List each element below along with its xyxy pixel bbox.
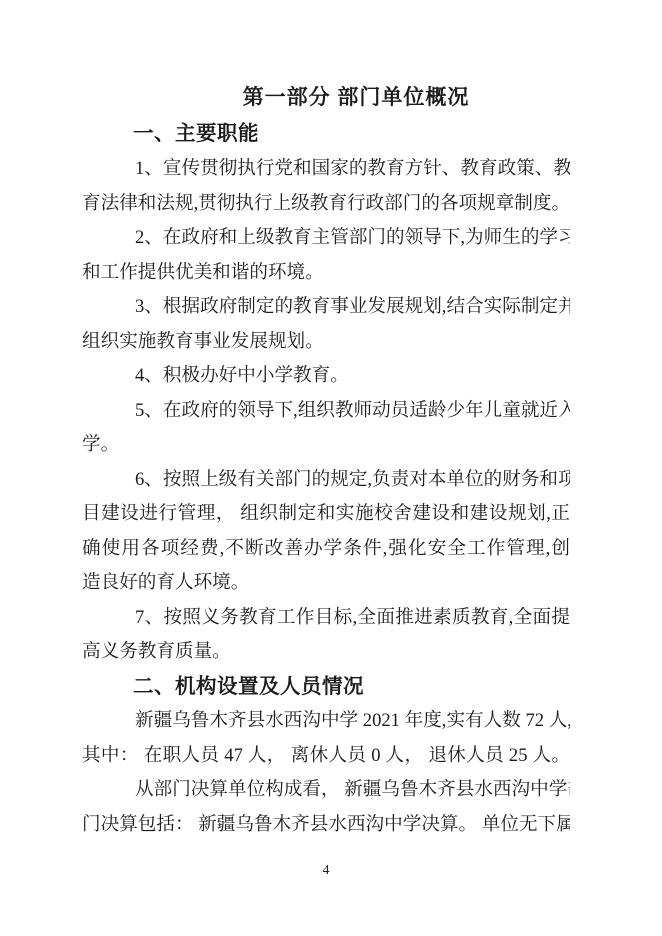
paragraph-line: 1、宣传贯彻执行党和国家的教育方针、教育政策、教: [82, 152, 570, 187]
paragraph-line: 确使用各项经费,不断改善办学条件,强化安全工作管理,创: [82, 532, 570, 567]
paragraph-line: 5、在政府的领导下,组织教师动员适龄少年儿童就近入: [82, 394, 570, 429]
document-page: 第一部分 部门单位概况 一、主要职能 1、宣传贯彻执行党和国家的教育方针、教育政…: [0, 0, 662, 936]
paragraph-line: 门决算包括： 新疆乌鲁木齐县水西沟中学决算。 单位无下属: [82, 808, 570, 843]
paragraph-line: 学。: [82, 428, 570, 463]
section-organization-staff: 二、机构设置及人员情况 新疆乌鲁木齐县水西沟中学 2021 年度,实有人数 72…: [82, 670, 570, 843]
section-main-functions: 一、主要职能 1、宣传贯彻执行党和国家的教育方针、教育政策、教 育法律和法规,贯…: [82, 116, 570, 670]
paragraph: 6、按照上级有关部门的规定,负责对本单位的财务和项 目建设进行管理， 组织制定和…: [82, 463, 570, 601]
paragraph-line: 4、积极办好中小学教育。: [82, 359, 570, 394]
paragraph-line: 3、根据政府制定的教育事业发展规划,结合实际制定并: [82, 290, 570, 325]
paragraph: 3、根据政府制定的教育事业发展规划,结合实际制定并 组织实施教育事业发展规划。: [82, 290, 570, 359]
paragraph-line: 其中： 在职人员 47 人， 离休人员 0 人， 退休人员 25 人。: [82, 739, 570, 774]
paragraph: 7、按照义务教育工作目标,全面推进素质教育,全面提 高义务教育质量。: [82, 601, 570, 670]
paragraph-line: 和工作提供优美和谐的环境。: [82, 256, 570, 291]
paragraph: 2、在政府和上级教育主管部门的领导下,为师生的学习 和工作提供优美和谐的环境。: [82, 221, 570, 290]
paragraph-line: 育法律和法规,贯彻执行上级教育行政部门的各项规章制度。: [82, 187, 570, 222]
section-heading: 二、机构设置及人员情况: [82, 670, 570, 705]
page-title: 第一部分 部门单位概况: [82, 80, 570, 116]
paragraph-line: 高义务教育质量。: [82, 635, 570, 670]
paragraph-line: 新疆乌鲁木齐县水西沟中学 2021 年度,实有人数 72 人,: [82, 704, 570, 739]
paragraph-line: 从部门决算单位构成看， 新疆乌鲁木齐县水西沟中学部: [82, 773, 570, 808]
document-content: 第一部分 部门单位概况 一、主要职能 1、宣传贯彻执行党和国家的教育方针、教育政…: [82, 80, 570, 842]
paragraph-line: 6、按照上级有关部门的规定,负责对本单位的财务和项: [82, 463, 570, 498]
paragraph: 1、宣传贯彻执行党和国家的教育方针、教育政策、教 育法律和法规,贯彻执行上级教育…: [82, 152, 570, 221]
section-heading: 一、主要职能: [82, 116, 570, 152]
paragraph-line: 造良好的育人环境。: [82, 566, 570, 601]
paragraph: 新疆乌鲁木齐县水西沟中学 2021 年度,实有人数 72 人, 其中： 在职人员…: [82, 704, 570, 773]
paragraph: 从部门决算单位构成看， 新疆乌鲁木齐县水西沟中学部 门决算包括： 新疆乌鲁木齐县…: [82, 773, 570, 842]
paragraph-line: 7、按照义务教育工作目标,全面推进素质教育,全面提: [82, 601, 570, 636]
paragraph: 4、积极办好中小学教育。: [82, 359, 570, 394]
page-number: 4: [82, 860, 570, 880]
paragraph-line: 组织实施教育事业发展规划。: [82, 325, 570, 360]
paragraph-line: 目建设进行管理， 组织制定和实施校舍建设和建设规划,正: [82, 497, 570, 532]
paragraph: 5、在政府的领导下,组织教师动员适龄少年儿童就近入 学。: [82, 394, 570, 463]
paragraph-line: 2、在政府和上级教育主管部门的领导下,为师生的学习: [82, 221, 570, 256]
